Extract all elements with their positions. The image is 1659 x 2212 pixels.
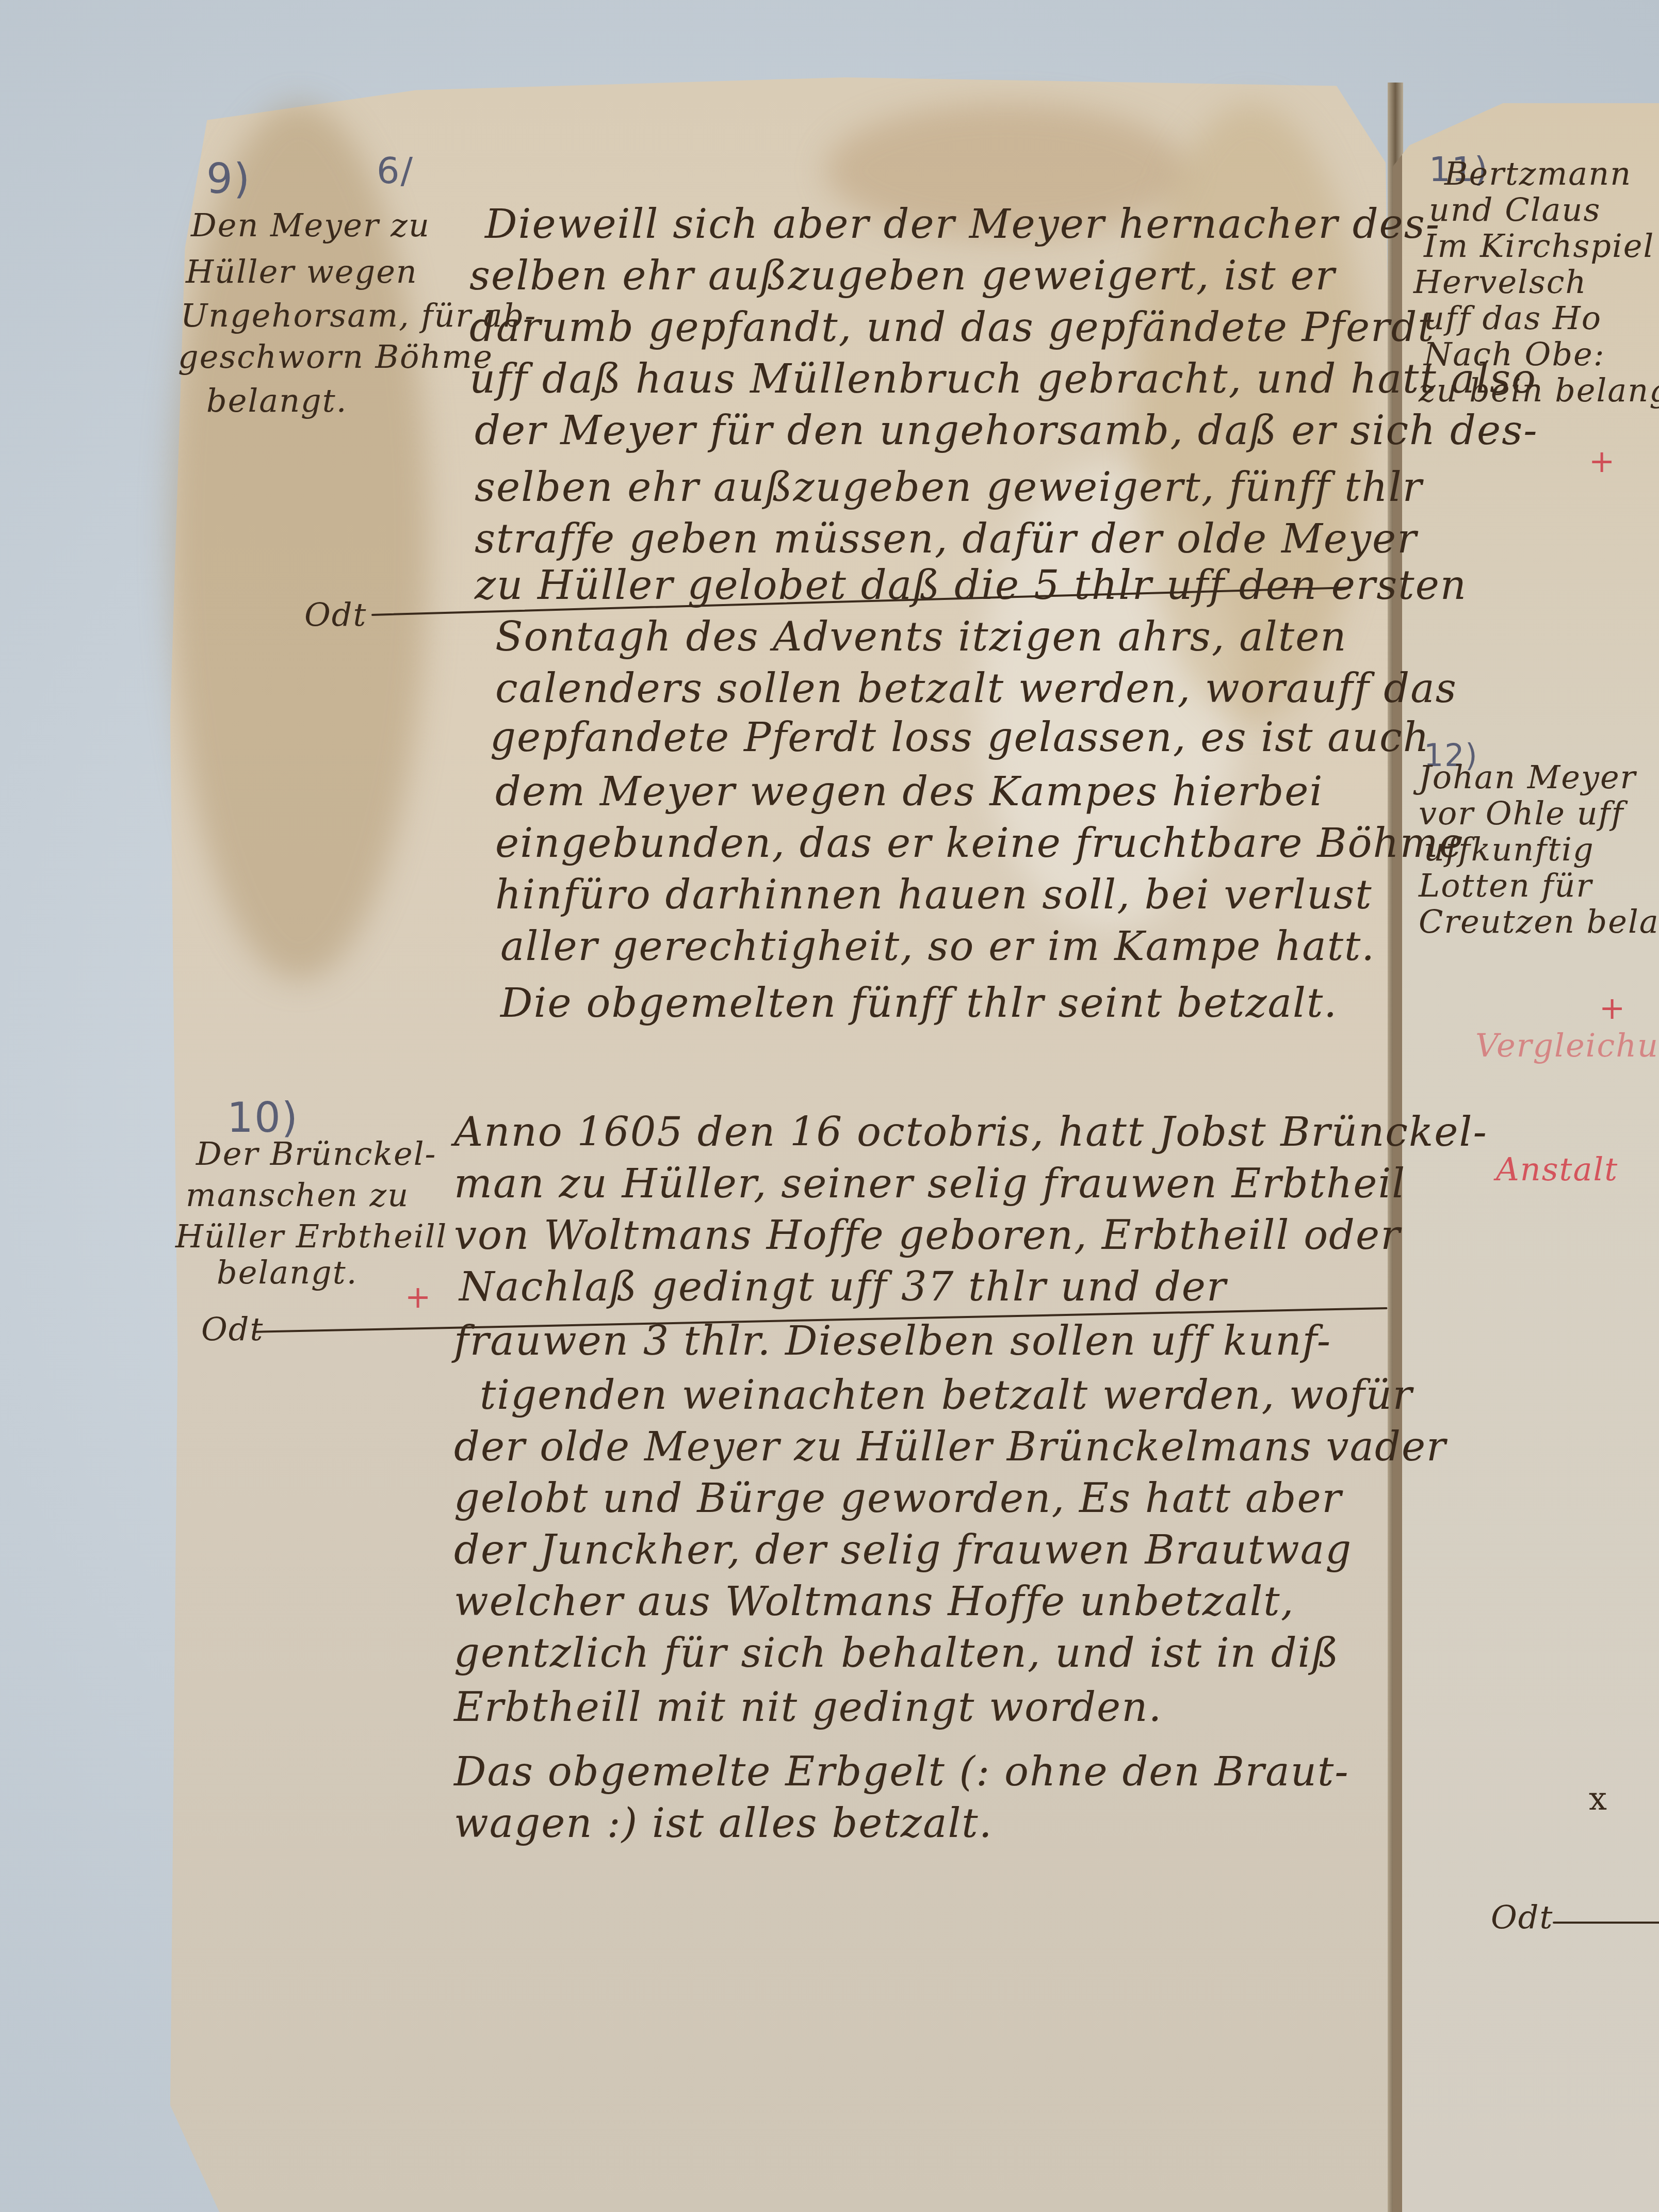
text-line: welcher aus Woltmans Hoffe unbetzalt, — [454, 1579, 1295, 1625]
text-line: Anno 1605 den 16 octobris, hatt Jobst Br… — [454, 1109, 1488, 1156]
text-line: gentzlich für sich behalten, und ist in … — [454, 1630, 1340, 1677]
text-line: Dieweill sich aber der Meyer hernacher d… — [485, 201, 1440, 248]
margin-note: Den Meyer zu — [191, 206, 430, 244]
margin-note: belangt. — [217, 1254, 357, 1291]
red-cross-mark: + — [1599, 990, 1625, 1027]
text-line: Bertzmann — [1444, 155, 1632, 192]
margin-mark-odt: Odt — [201, 1310, 264, 1348]
text-line: tigenden weinachten betzalt werden, wofü… — [480, 1372, 1413, 1419]
text-line: selben ehr außzugeben geweigert, fünff t… — [475, 464, 1423, 511]
text-line: und Claus — [1429, 191, 1601, 229]
text-line: uff das Ho — [1424, 299, 1602, 337]
text-line: eingebunden, das er keine fruchtbare Böh… — [495, 820, 1464, 867]
text-line: Lotten für — [1419, 867, 1592, 904]
text-line: dem Meyer wegen des Kampes hierbei — [495, 769, 1323, 815]
text-line: frauwen 3 thlr. Dieselben sollen uff kun… — [454, 1318, 1331, 1364]
text-line: Erbtheill mit nit gedingt worden. — [454, 1684, 1162, 1731]
text-line: der Junckher, der selig frauwen Brautwag — [454, 1527, 1352, 1573]
margin-note: Hüller Erbtheill — [175, 1217, 447, 1255]
text-line: von Woltmans Hoffe geboren, Erbtheill od… — [454, 1212, 1401, 1259]
text-line: Nachlaß gedingt uff 37 thlr und der — [459, 1264, 1227, 1310]
text-line: Die obgemelten fünff thlr seint betzalt. — [500, 980, 1338, 1027]
entry-number-alt: 6/ — [377, 150, 414, 192]
text-line: Sontagh des Advents itzigen ahrs, alten — [495, 614, 1347, 660]
x-mark: x — [1589, 1780, 1608, 1817]
red-cross-mark: + — [1589, 444, 1615, 480]
red-cross-mark: + — [405, 1279, 431, 1315]
text-line: Johan Meyer — [1419, 758, 1636, 796]
text-line: Hervelsch — [1413, 263, 1587, 301]
text-line: Nach Obe: — [1424, 335, 1605, 373]
text-line: calenders sollen betzalt werden, worauff… — [495, 665, 1457, 712]
margin-note: Hüller wegen — [186, 253, 418, 290]
text-line: Creutzen belang — [1419, 903, 1659, 940]
text-line: vor Ohle uff — [1419, 794, 1624, 832]
text-line: zu bein belang — [1419, 371, 1659, 409]
text-line: aller gerechtigheit, so er im Kampe hatt… — [500, 923, 1375, 970]
text-line: selben ehr außzugeben geweigert, ist er — [469, 253, 1336, 299]
margin-note: belangt. — [206, 382, 347, 419]
red-note: Anstalt — [1496, 1150, 1618, 1188]
margin-mark-odt: Odt — [304, 596, 367, 633]
red-note: Vergleichung — [1475, 1027, 1659, 1064]
text-line: gepfandete Pferdt loss gelassen, es ist … — [490, 714, 1430, 761]
margin-note: Der Brünckel- — [196, 1135, 437, 1173]
text-line: uffkunftig — [1424, 831, 1595, 868]
text-line: gelobt und Bürge geworden, Es hatt aber — [454, 1475, 1342, 1522]
text-line: der olde Meyer zu Hüller Brünckelmans va… — [454, 1424, 1446, 1470]
text-line: wagen :) ist alles betzalt. — [454, 1800, 993, 1847]
margin-note: manschen zu — [186, 1176, 409, 1214]
margin-note: geschworn Böhme — [178, 338, 493, 376]
entry-number: 9) — [206, 155, 251, 203]
text-line: man zu Hüller, seiner selig frauwen Erbt… — [454, 1161, 1406, 1207]
text-line: der Meyer für den ungehorsamb, daß er si… — [475, 408, 1538, 454]
text-line: straffe geben müssen, dafür der olde Mey… — [475, 516, 1417, 562]
text-line: zu Hüller gelobet daß die 5 thlr uff den… — [475, 562, 1467, 609]
text-line: uff daß haus Müllenbruch gebracht, und h… — [469, 356, 1537, 402]
text-line: darumb gepfandt, und das gepfändete Pfer… — [469, 304, 1435, 351]
text-line: Das obgemelte Erbgelt (: ohne den Braut- — [454, 1749, 1349, 1795]
ruled-line — [1553, 1922, 1659, 1924]
text-line: Im Kirchspiel — [1424, 227, 1654, 265]
margin-mark-odt: Odt — [1491, 1898, 1553, 1936]
text-line: hinfüro darhinnen hauen soll, bei verlus… — [495, 872, 1373, 918]
